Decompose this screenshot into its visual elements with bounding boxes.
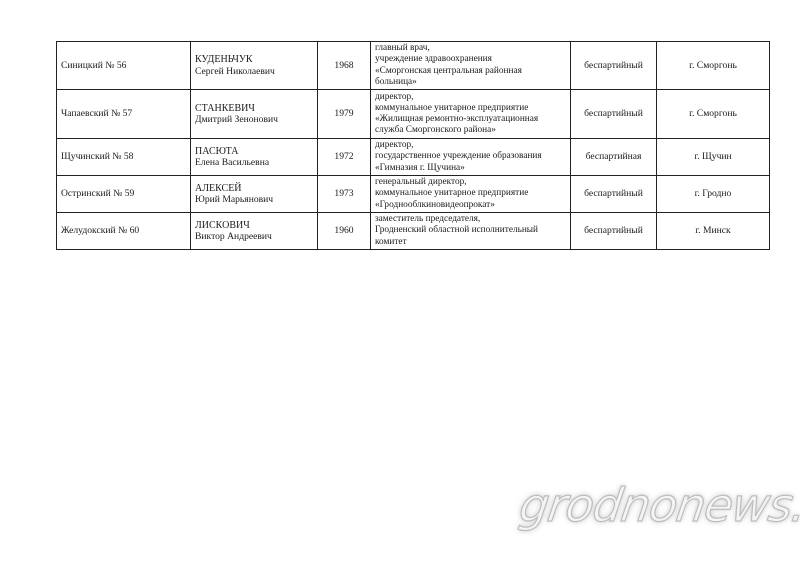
table-row: Синицкий № 56КУДЕНЬЧУКСергей Николаевич1… [57, 42, 770, 90]
position-line: больница» [375, 77, 566, 88]
table-row: Щучинский № 58ПАСЮТАЕлена Васильевна1972… [57, 139, 770, 176]
position-line: комитет [375, 237, 566, 248]
district-cell: Чапаевский № 57 [57, 90, 191, 139]
residence-city-cell: г. Щучин [657, 139, 770, 176]
party-cell: беспартийный [571, 213, 657, 250]
position-line: генеральный директор, [375, 177, 566, 188]
candidate-name-cell: КУДЕНЬЧУКСергей Николаевич [191, 42, 318, 90]
table-row: Чапаевский № 57СТАНКЕВИЧДмитрий Зенонови… [57, 90, 770, 139]
watermark-logo: grodnonews.by [516, 478, 800, 532]
position-cell: директор,государственное учреждение обра… [371, 139, 571, 176]
residence-city-cell: г. Минск [657, 213, 770, 250]
candidate-surname: ЛИСКОВИЧ [195, 220, 313, 232]
birth-year-cell: 1960 [318, 213, 371, 250]
residence-city-cell: г. Сморгонь [657, 42, 770, 90]
candidates-table-body: Синицкий № 56КУДЕНЬЧУКСергей Николаевич1… [57, 42, 770, 250]
candidate-given-names: Виктор Андреевич [195, 231, 313, 243]
candidate-name-cell: ПАСЮТАЕлена Васильевна [191, 139, 318, 176]
birth-year-cell: 1979 [318, 90, 371, 139]
candidate-surname: КУДЕНЬЧУК [195, 54, 313, 66]
position-line: «Гроднооблкиновидеопрокат» [375, 200, 566, 211]
position-line: учреждение здравоохранения [375, 54, 566, 65]
position-line: заместитель председателя, [375, 214, 566, 225]
candidate-name-cell: АЛЕКСЕЙЮрий Марьянович [191, 176, 318, 213]
candidate-name-cell: СТАНКЕВИЧДмитрий Зенонович [191, 90, 318, 139]
party-cell: беспартийный [571, 90, 657, 139]
position-line: «Гимназия г. Щучина» [375, 163, 566, 174]
position-line: государственное учреждение образования [375, 151, 566, 162]
candidate-given-names: Юрий Марьянович [195, 194, 313, 206]
position-line: «Сморгонская центральная районная [375, 66, 566, 77]
position-cell: генеральный директор,коммунальное унитар… [371, 176, 571, 213]
position-cell: директор,коммунальное унитарное предприя… [371, 90, 571, 139]
position-line: коммунальное унитарное предприятие [375, 103, 566, 114]
position-line: главный врач, [375, 43, 566, 54]
position-cell: главный врач,учреждение здравоохранения«… [371, 42, 571, 90]
candidate-given-names: Елена Васильевна [195, 157, 313, 169]
party-cell: беспартийный [571, 176, 657, 213]
party-cell: беспартийная [571, 139, 657, 176]
position-line: «Жилищная ремонтно-эксплуатационная [375, 114, 566, 125]
district-cell: Остринский № 59 [57, 176, 191, 213]
position-line: директор, [375, 92, 566, 103]
candidate-surname: ПАСЮТА [195, 146, 313, 158]
district-cell: Синицкий № 56 [57, 42, 191, 90]
position-line: коммунальное унитарное предприятие [375, 188, 566, 199]
district-cell: Щучинский № 58 [57, 139, 191, 176]
birth-year-cell: 1972 [318, 139, 371, 176]
candidate-name-cell: ЛИСКОВИЧВиктор Андреевич [191, 213, 318, 250]
candidate-surname: СТАНКЕВИЧ [195, 103, 313, 115]
candidate-given-names: Дмитрий Зенонович [195, 114, 313, 126]
table-row: Желудокский № 60ЛИСКОВИЧВиктор Андреевич… [57, 213, 770, 250]
birth-year-cell: 1973 [318, 176, 371, 213]
party-cell: беспартийный [571, 42, 657, 90]
birth-year-cell: 1968 [318, 42, 371, 90]
residence-city-cell: г. Гродно [657, 176, 770, 213]
table-row: Остринский № 59АЛЕКСЕЙЮрий Марьянович197… [57, 176, 770, 213]
candidate-surname: АЛЕКСЕЙ [195, 183, 313, 195]
position-line: Гродненский областной исполнительный [375, 225, 566, 236]
candidate-given-names: Сергей Николаевич [195, 66, 313, 78]
residence-city-cell: г. Сморгонь [657, 90, 770, 139]
position-line: служба Сморгонского района» [375, 125, 566, 136]
position-cell: заместитель председателя,Гродненский обл… [371, 213, 571, 250]
district-cell: Желудокский № 60 [57, 213, 191, 250]
candidates-table: Синицкий № 56КУДЕНЬЧУКСергей Николаевич1… [56, 41, 770, 250]
position-line: директор, [375, 140, 566, 151]
